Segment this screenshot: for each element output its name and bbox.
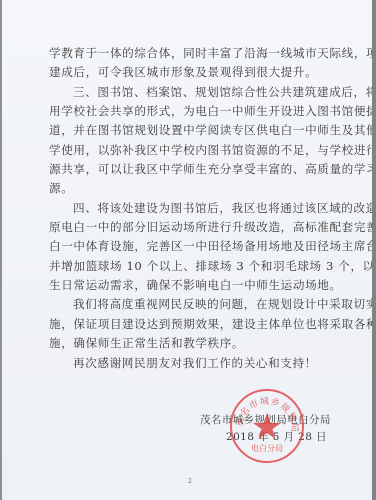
- paragraph-4: 我们将高度重视网民反映的问题，在规划设计中采取切实措 施，保证项目建设达到预期效…: [49, 295, 333, 353]
- text-line: 施，确保师生正常生活和教学秩序。: [49, 334, 333, 353]
- svg-text:电白分局: 电白分局: [251, 443, 283, 453]
- text-line: 用学校社会共享的形式，为电白一中师生开设进入图书馆便捷通: [49, 102, 333, 121]
- seal-star-icon: 茂名市城乡规划局 电白分局: [232, 391, 302, 461]
- paragraph-3: 四、将该处建设为图书馆后，我区也将通过该区域的改造对 原电白一中的部分旧运动场所…: [49, 199, 333, 296]
- text-line: 施，保证项目建设达到预期效果，建设主体单位也将采取各种措: [49, 315, 333, 334]
- text-line: 源共享，可以让我区中学师生充分享受丰富的、高质量的学习资: [49, 160, 333, 179]
- text-line: 并增加篮球场 10 个以上、排球场 3 个和羽毛球场 3 个，以满足师: [49, 257, 333, 276]
- text-line: 生日常运动需求，确保不影响电白一中师生运动场地。: [49, 276, 333, 295]
- document-page: 学教育于一体的综合体，同时丰富了沿海一线城市天际线，项目 建成后，可令我区城市形…: [2, 0, 372, 500]
- paragraph-2: 三、图书馆、档案馆、规划馆综合性公共建筑建成后，将采 用学校社会共享的形式，为电…: [49, 83, 333, 199]
- text-line: 再次感谢网民朋友对我们工作的关心和支持！: [49, 354, 333, 373]
- text-line: 源。: [49, 179, 333, 198]
- paragraph-5: 再次感谢网民朋友对我们工作的关心和支持！: [49, 354, 333, 373]
- text-line: 白一中体育设施，完善区一中田径场备用场地及田径场主席台，: [49, 237, 333, 256]
- text-line: 三、图书馆、档案馆、规划馆综合性公共建筑建成后，将采: [49, 83, 333, 102]
- text-line: 道，并在图书馆规划设置中学阅读专区供电白一中师生及其他中: [49, 121, 333, 140]
- scan-edge-left: [0, 0, 2, 500]
- text-line: 学使用，以弥补我区中学校内图书馆资源的不足，与学校进行资: [49, 141, 333, 160]
- page-number: 2: [188, 478, 192, 485]
- text-line: 学教育于一体的综合体，同时丰富了沿海一线城市天际线，项目: [49, 44, 333, 63]
- paragraph-1: 学教育于一体的综合体，同时丰富了沿海一线城市天际线，项目 建成后，可令我区城市形…: [49, 44, 333, 83]
- text-line: 四、将该处建设为图书馆后，我区也将通过该区域的改造对: [49, 199, 333, 218]
- text-line: 原电白一中的部分旧运动场所进行升级改造，高标准配套完善电: [49, 218, 333, 237]
- text-line: 建成后，可令我区城市形象及景观得到很大提升。: [49, 63, 333, 82]
- document-body: 学教育于一体的综合体，同时丰富了沿海一线城市天际线，项目 建成后，可令我区城市形…: [49, 44, 333, 373]
- text-line: 我们将高度重视网民反映的问题，在规划设计中采取切实措: [49, 295, 333, 314]
- official-seal-stamp: 茂名市城乡规划局 电白分局: [230, 389, 304, 463]
- scan-edge-right: [372, 0, 376, 500]
